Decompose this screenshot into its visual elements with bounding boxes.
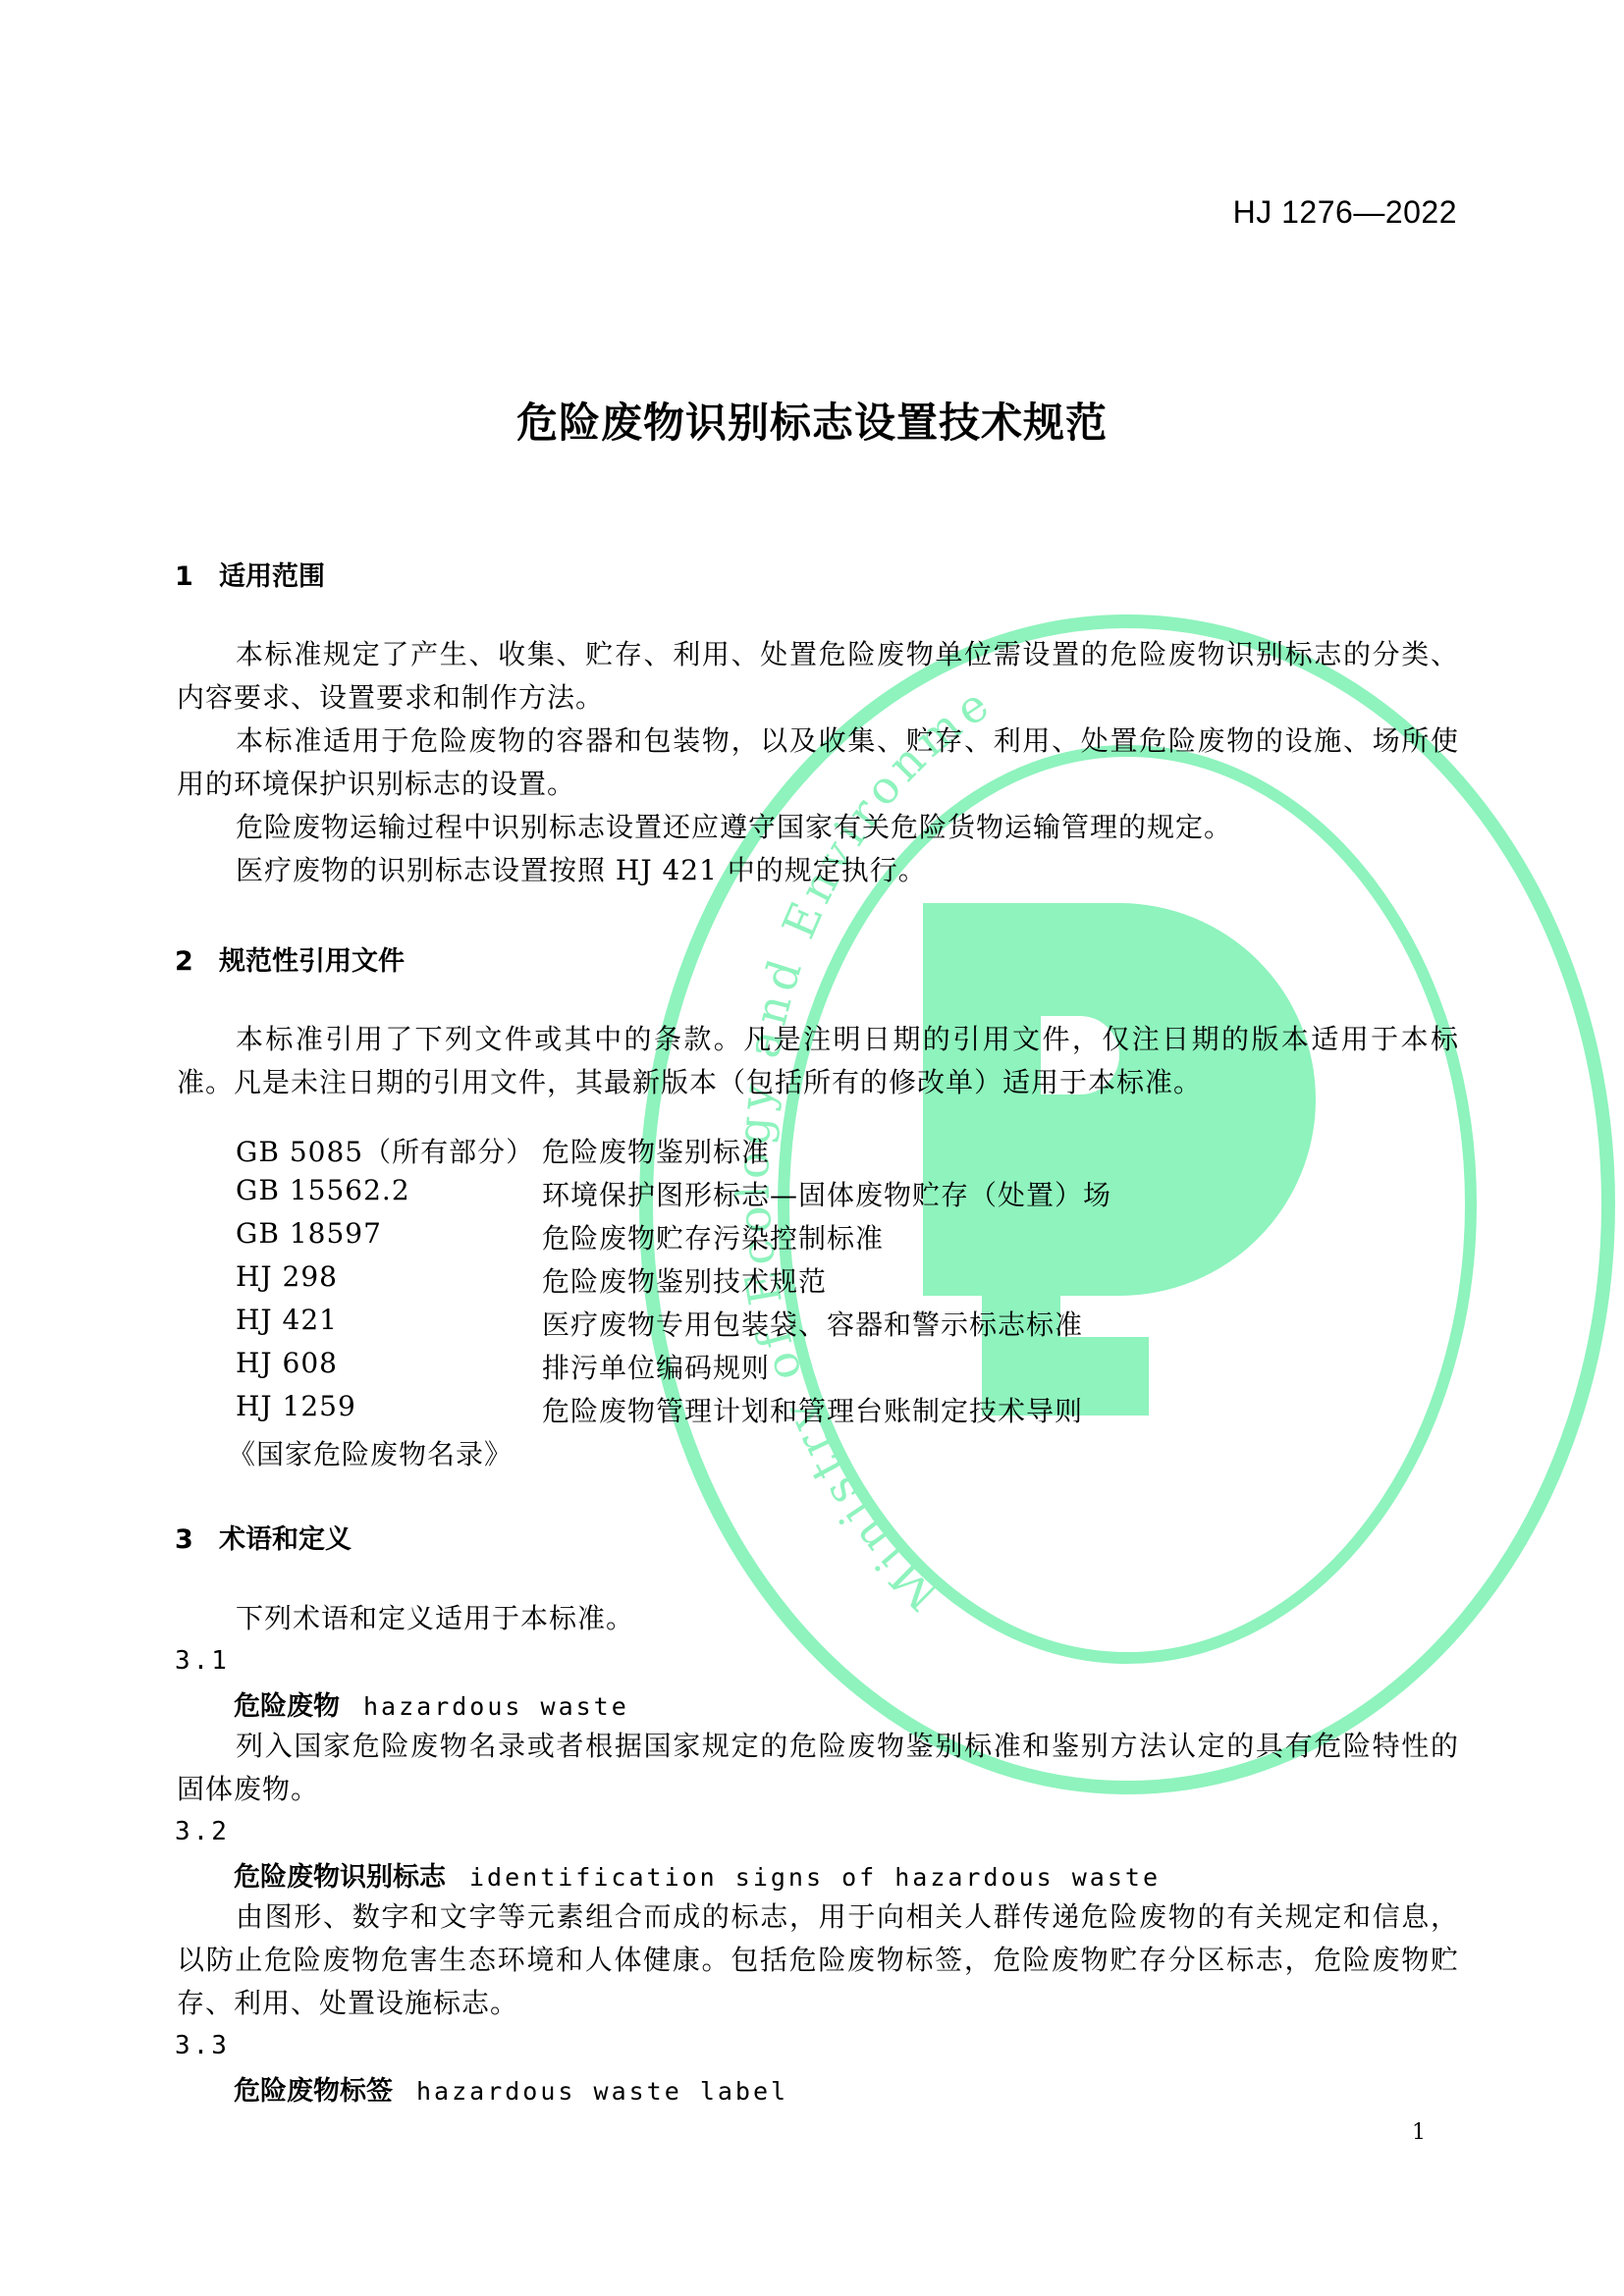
section-title: 术语和定义 (219, 1524, 352, 1555)
term-chinese: 危险废物识别标志 (234, 1862, 446, 1893)
paragraph: 本标准适用于危险废物的容器和包装物，以及收集、贮存、利用、处置危险废物的设施、场… (177, 720, 1459, 806)
section-2-heading: 2规范性引用文件 (175, 939, 405, 978)
section-number: 3 (175, 1524, 219, 1555)
term-english: hazardous waste (363, 1692, 629, 1721)
page-content: HJ 1276—2022 危险废物识别标志设置技术规范 1适用范围 本标准规定了… (0, 0, 1624, 2296)
reference-code: GB 15562.2 (236, 1174, 410, 1206)
document-title: 危险废物识别标志设置技术规范 (0, 391, 1624, 450)
term-chinese: 危险废物 (234, 1691, 340, 1722)
reference-title: 环境保护图形标志—固体废物贮存（处置）场 (542, 1174, 1111, 1213)
reference-code: GB 5085（所有部分） (236, 1131, 534, 1170)
reference-title: 危险废物管理计划和管理台账制定技术导则 (542, 1390, 1083, 1429)
term-entry: 危险废物识别标志identification signs of hazardou… (234, 1855, 1161, 1894)
reference-title: 危险废物鉴别标准 (542, 1131, 770, 1170)
clause-number: 3.1 (175, 1646, 230, 1676)
paragraph: 危险废物运输过程中识别标志设置还应遵守国家有关危险货物运输管理的规定。 (177, 806, 1459, 849)
term-english: identification signs of hazardous waste (469, 1863, 1161, 1892)
section-1-heading: 1适用范围 (175, 555, 325, 593)
paragraph: 下列术语和定义适用于本标准。 (177, 1597, 1459, 1640)
term-definition: 列入国家危险废物名录或者根据国家规定的危险废物鉴别标准和鉴别方法认定的具有危险特… (177, 1725, 1459, 1811)
reference-code: HJ 1259 (236, 1390, 356, 1422)
paragraph: 本标准引用了下列文件或其中的条款。凡是注明日期的引用文件，仅注日期的版本适用于本… (177, 1018, 1459, 1104)
reference-code: 《国家危险废物名录》 (228, 1433, 513, 1472)
reference-code: GB 18597 (236, 1217, 382, 1250)
clause-number: 3.3 (175, 2031, 230, 2060)
reference-title: 医疗废物专用包装袋、容器和警示标志标准 (542, 1304, 1083, 1343)
section-title: 规范性引用文件 (219, 946, 405, 977)
reference-code: HJ 298 (236, 1260, 338, 1293)
reference-title: 危险废物贮存污染控制标准 (542, 1217, 884, 1256)
reference-title: 危险废物鉴别技术规范 (542, 1260, 827, 1300)
section-number: 1 (175, 561, 219, 592)
section-3-heading: 3术语和定义 (175, 1518, 352, 1556)
reference-code: HJ 421 (236, 1304, 338, 1336)
term-chinese: 危险废物标签 (234, 2076, 393, 2107)
standard-code: HJ 1276—2022 (1233, 194, 1457, 231)
document-page: Ministry of Ecology and Environment HJ 1… (0, 0, 1624, 2296)
term-entry: 危险废物标签hazardous waste label (234, 2069, 788, 2108)
section-number: 2 (175, 946, 219, 977)
page-number: 1 (1412, 2120, 1426, 2145)
reference-code: HJ 608 (236, 1347, 338, 1379)
section-title: 适用范围 (219, 561, 325, 592)
clause-number: 3.2 (175, 1817, 230, 1846)
paragraph: 本标准规定了产生、收集、贮存、利用、处置危险废物单位需设置的危险废物识别标志的分… (177, 633, 1459, 720)
term-english: hazardous waste label (416, 2077, 788, 2106)
reference-title: 排污单位编码规则 (542, 1347, 770, 1386)
paragraph: 医疗废物的识别标志设置按照 HJ 421 中的规定执行。 (177, 849, 1459, 892)
term-definition: 由图形、数字和文字等元素组合而成的标志，用于向相关人群传递危险废物的有关规定和信… (177, 1896, 1459, 2025)
term-entry: 危险废物hazardous waste (234, 1684, 629, 1723)
